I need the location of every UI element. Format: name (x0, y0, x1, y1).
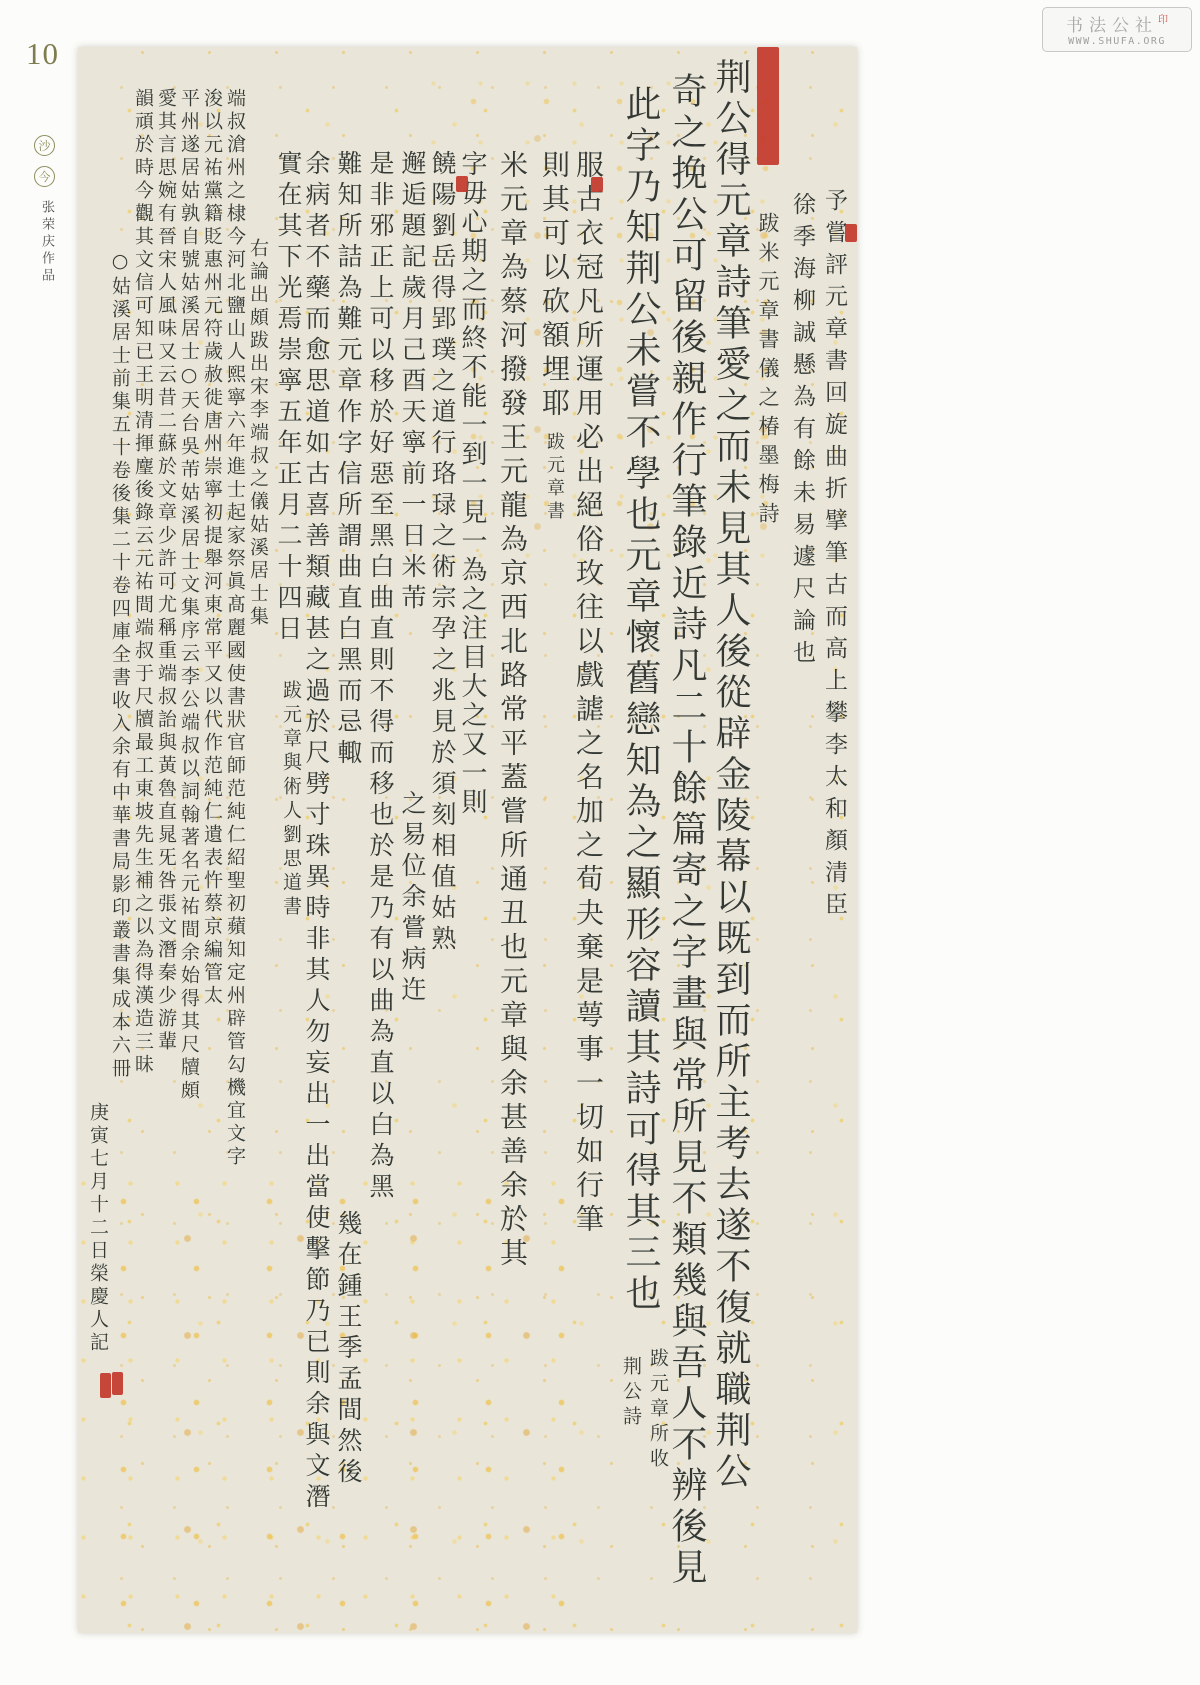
calligraphy-column: ○姑溪居士前集五十卷後集二十卷四庫全書收入余有中華書局影印叢書集成本六冊 (110, 250, 129, 1081)
calligraphy-column: 此字乃知荆公未嘗不學也元章懷舊戀知為之顯形容讀其詩可得其三也 (622, 85, 658, 1315)
calligraphy-column: 跋元章所收 (648, 1348, 667, 1473)
calligraphy-column: 服古衣冠凡所運用必出絕俗玫往以戲謔之名加之荀夬棄是萼事一切如行筆 (574, 150, 602, 1238)
calligraphy-column: 跋元章與術人劉思道書 (281, 680, 300, 920)
watermark-stamp-icon: 印 (1158, 11, 1168, 26)
logo-seal-char-2: 今 (38, 170, 50, 184)
artist-byline: 张荣庆作品 (37, 200, 56, 285)
calligraphy-column: 荆公詩 (621, 1356, 640, 1431)
calligraphy-column: 韻頑於時今觀其文信可知已王明清揮麈後錄云元祐間端叔于尺牘最工東坡先生補之以為得漢… (133, 88, 152, 1077)
calligraphy-column: 庚寅七月十二日榮慶人記 (88, 1102, 107, 1355)
small-seal-b (591, 177, 603, 192)
small-seal-a (845, 224, 857, 242)
calligraphy-column: 是非邪正上可以移於好惡至黑白曲直則不得而移也於是乃有以曲為直以白為黑 (368, 150, 393, 1204)
calligraphy-column: 則其可以砍額埋耶 (540, 150, 568, 422)
page-number: 10 (26, 36, 59, 72)
calligraphy-column: 米元章為蔡河撥發王元龍為京西北路常平蓋嘗所通丑也元章與余甚善余於其 (498, 150, 526, 1272)
calligraphy-column: 平州遂居姑孰自號姑溪居士○天台吳芾姑溪居士文集序云李公端叔以詞翰著名元祐間余始得… (179, 88, 198, 1103)
calligraphy-column: 愛其言思婉有晉宋人風味又云昔二蘇於文章少許可尤稱重端叔詒與黃魯直晁旡咎張文潛秦少… (156, 88, 175, 1054)
calligraphy-column: 端叔滄州之棣今河北鹽山人熙寧六年進士起家祭眞髙麗國使書狀官師范純仁紹聖初蘋知定州… (225, 88, 244, 1169)
calligraphy-column: 右論出頗跋出宋李端叔之儀姑溪居士集 (248, 238, 267, 629)
calligraphy-column: 難知所詰為難元章作字信所謂曲直白黑而忌輙 (336, 150, 361, 770)
calligraphy-column: 徐季海柳誠懸為有餘未易遽尺論也 (790, 192, 813, 672)
calligraphy-column: 跋元章書 (545, 432, 563, 524)
publisher-logo-seal-2: 今 (34, 166, 55, 187)
top-collector-seal (757, 47, 779, 165)
calligraphy-column: 奇之挽公可留後親作行筆錄近詩凡二十餘篇寄之字畫與常所見不類幾與吾人不辨後見 (668, 72, 704, 1589)
calligraphy-column: 邂逅題記歲月己酉天寧前一日米芾 (400, 150, 425, 615)
logo-seal-char-1: 沙 (38, 139, 50, 153)
calligraphy-column: 跋米元章書儀之椿墨梅詩 (757, 212, 778, 531)
calligraphy-column: 浚以元祐黨籍貶惠州元符歲赦徙唐州崇寧初提舉河東常平又以代作范純仁遺表忤蔡京編管太 (202, 88, 221, 1008)
calligraphy-column: 幾在鍾王季孟間然後 (336, 1210, 361, 1489)
site-watermark: 书法公社印 WWW.SHUFA.ORG (1042, 7, 1192, 52)
artist-seal-1 (100, 1373, 111, 1398)
watermark-logotype: 书法公社 (1066, 11, 1158, 36)
calligraphy-column: 荆公得元章詩筆愛之而未見其人後從辟金陵幕以既到而所主考去遂不復就職荆公 (712, 58, 748, 1493)
book-page: 10 沙 今 张荣庆作品 书法公社印 WWW.SHUFA.ORG 予嘗評元章書回… (0, 0, 1200, 1685)
artist-seal-2 (112, 1372, 123, 1395)
watermark-url: WWW.SHUFA.ORG (1049, 36, 1185, 47)
calligraphy-column: 實在其下光焉崇寧五年正月二十四日 (276, 150, 301, 646)
small-seal-c (456, 176, 468, 192)
publisher-logo-seal-1: 沙 (34, 135, 55, 156)
calligraphy-column: 字毋心期之而終不能一到一見一為之注目大之又一則 (459, 150, 485, 817)
calligraphy-column: 予嘗評元章書回旋曲折擘筆古而高上攀李太和顏清臣 (822, 188, 845, 924)
calligraphy-column: 饒陽劉岳得郢璞之道行珞琭之術宗孕之兆見於須刻相值姑熟 (430, 150, 455, 956)
calligraphy-column: 余病者不藥而愈思道如古喜善類藏甚之過於尺劈寸珠異時非其人勿妄出一出當使擊節乃已則… (304, 150, 329, 1514)
calligraphy-column: 之易位余嘗病迕 (400, 790, 425, 1007)
